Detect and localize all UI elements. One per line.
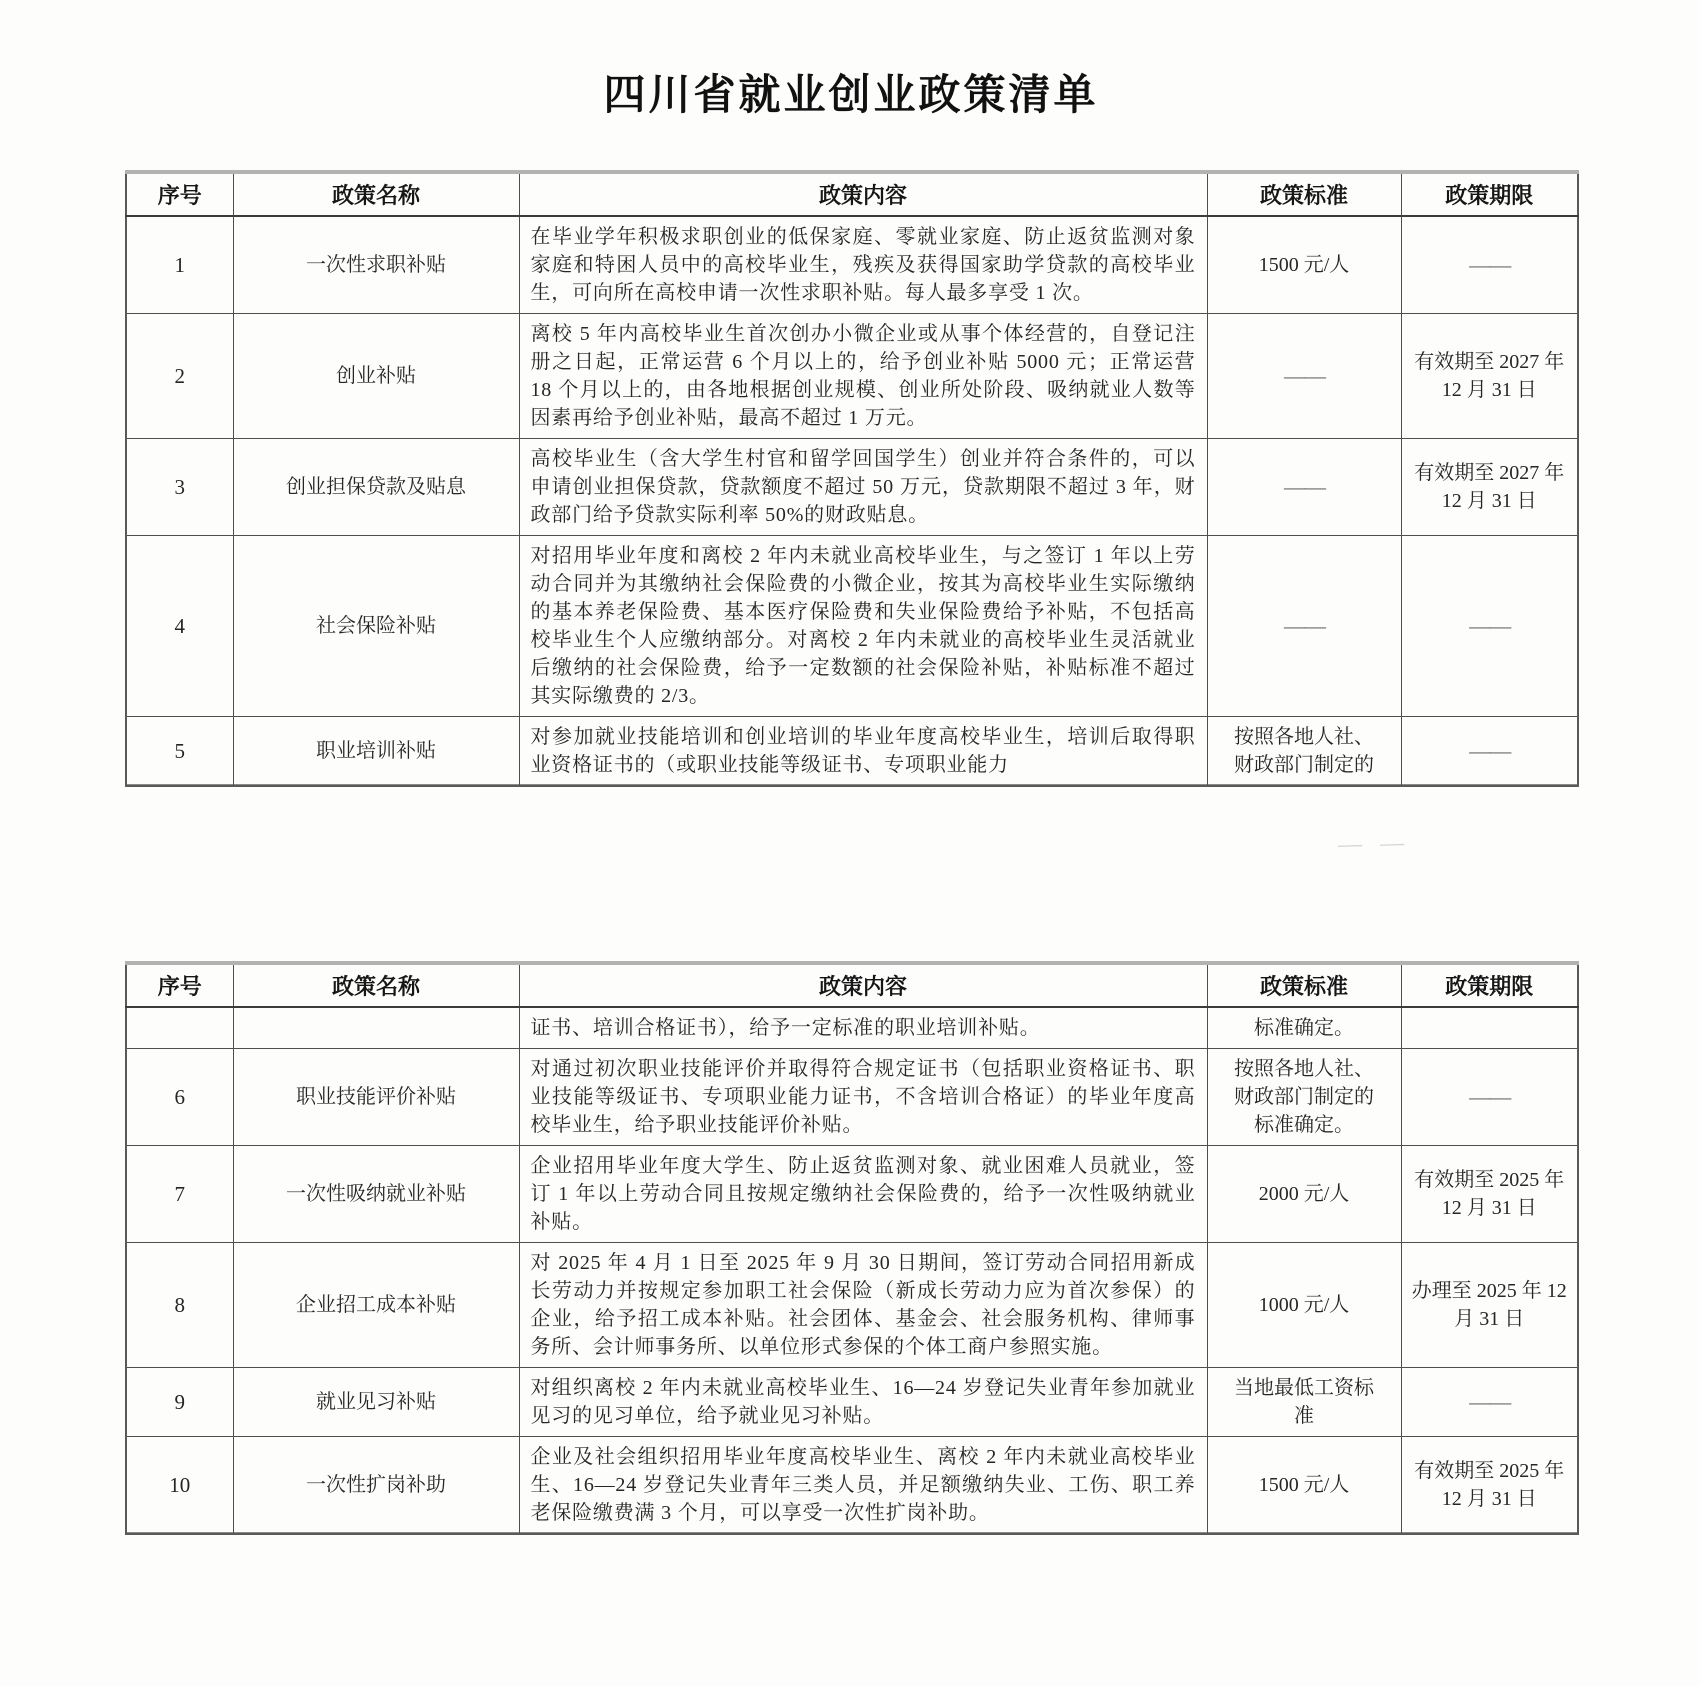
policy-period-cell: 有效期至 2025 年 12 月 31 日 [1401,1146,1578,1243]
policy-content-cell: 对 2025 年 4 月 1 日至 2025 年 9 月 30 日期间，签订劳动… [519,1243,1207,1368]
policy-no-cell: 6 [126,1049,233,1146]
policy-period-cell: —— [1401,717,1578,787]
table-row: 6职业技能评价补贴对通过初次职业技能评价并取得符合规定证书（包括职业资格证书、职… [126,1049,1578,1146]
policy-period-cell: 有效期至 2025 年 12 月 31 日 [1401,1437,1578,1535]
policy-name-cell [233,1007,519,1049]
col-header-period: 政策期限 [1401,172,1578,216]
policy-content-cell: 企业招用毕业年度大学生、防止返贫监测对象、就业困难人员就业，签订 1 年以上劳动… [519,1146,1207,1243]
policy-period-cell: —— [1401,536,1578,717]
policy-no-cell: 5 [126,717,233,787]
policy-period-cell: —— [1401,216,1578,314]
policy-standard-cell: 按照各地人社、财政部门制定的 [1207,717,1401,787]
table-row: 5职业培训补贴对参加就业技能培训和创业培训的毕业年度高校毕业生，培训后取得职业资… [126,717,1578,787]
policy-content-cell: 对参加就业技能培训和创业培训的毕业年度高校毕业生，培训后取得职业资格证书的（或职… [519,717,1207,787]
policy-standard-cell: —— [1207,314,1401,439]
policy-name-cell: 社会保险补贴 [233,536,519,717]
col-header-no: 序号 [126,172,233,216]
table-row: 10一次性扩岗补助企业及社会组织招用毕业年度高校毕业生、离校 2 年内未就业高校… [126,1437,1578,1535]
policy-standard-cell: 1500 元/人 [1207,1437,1401,1535]
policy-standard-cell: —— [1207,439,1401,536]
policy-no-cell: 2 [126,314,233,439]
policy-period-cell: 有效期至 2027 年 12 月 31 日 [1401,314,1578,439]
policy-no-cell: 10 [126,1437,233,1535]
policy-no-cell: 3 [126,439,233,536]
col-header-content: 政策内容 [519,172,1207,216]
table-row: 7一次性吸纳就业补贴企业招用毕业年度大学生、防止返贫监测对象、就业困难人员就业，… [126,1146,1578,1243]
policy-standard-cell: 1000 元/人 [1207,1243,1401,1368]
policy-table-2: 序号政策名称政策内容政策标准政策期限证书、培训合格证书），给予一定标准的职业培训… [125,961,1579,1535]
policy-content-cell: 对通过初次职业技能评价并取得符合规定证书（包括职业资格证书、职业技能等级证书、专… [519,1049,1207,1146]
policy-period-cell [1401,1007,1578,1049]
col-header-standard: 政策标准 [1207,963,1401,1007]
policy-no-cell: 4 [126,536,233,717]
policy-period-cell: 有效期至 2027 年 12 月 31 日 [1401,439,1578,536]
policy-name-cell: 一次性吸纳就业补贴 [233,1146,519,1243]
policy-name-cell: 就业见习补贴 [233,1368,519,1437]
policy-name-cell: 职业培训补贴 [233,717,519,787]
col-header-name: 政策名称 [233,963,519,1007]
table-row: 证书、培训合格证书），给予一定标准的职业培训补贴。标准确定。 [126,1007,1578,1049]
scan-smudge-mark: — — [1338,828,1479,856]
policy-content-cell: 对组织离校 2 年内未就业高校毕业生、16—24 岁登记失业青年参加就业见习的见… [519,1368,1207,1437]
table-row: 3创业担保贷款及贴息高校毕业生（含大学生村官和留学回国学生）创业并符合条件的，可… [126,439,1578,536]
page-title: 四川省就业创业政策清单 [125,62,1577,122]
policy-content-cell: 高校毕业生（含大学生村官和留学回国学生）创业并符合条件的，可以申请创业担保贷款，… [519,439,1207,536]
policy-standard-cell: 标准确定。 [1207,1007,1401,1049]
policy-name-cell: 一次性扩岗补助 [233,1437,519,1535]
policy-no-cell [126,1007,233,1049]
policy-table-1: 序号政策名称政策内容政策标准政策期限1一次性求职补贴在毕业学年积极求职创业的低保… [125,170,1579,787]
policy-standard-cell: 当地最低工资标准 [1207,1368,1401,1437]
table-row: 1一次性求职补贴在毕业学年积极求职创业的低保家庭、零就业家庭、防止返贫监测对象家… [126,216,1578,314]
policy-period-cell: —— [1401,1049,1578,1146]
policy-name-cell: 职业技能评价补贴 [233,1049,519,1146]
table-row: 2创业补贴离校 5 年内高校毕业生首次创办小微企业或从事个体经营的，自登记注册之… [126,314,1578,439]
policy-no-cell: 7 [126,1146,233,1243]
policy-content-cell: 离校 5 年内高校毕业生首次创办小微企业或从事个体经营的，自登记注册之日起，正常… [519,314,1207,439]
table-row: 4社会保险补贴对招用毕业年度和离校 2 年内未就业高校毕业生，与之签订 1 年以… [126,536,1578,717]
policy-name-cell: 一次性求职补贴 [233,216,519,314]
col-header-period: 政策期限 [1401,963,1578,1007]
header-row: 序号政策名称政策内容政策标准政策期限 [126,172,1578,216]
col-header-name: 政策名称 [233,172,519,216]
policy-content-cell: 在毕业学年积极求职创业的低保家庭、零就业家庭、防止返贫监测对象家庭和特困人员中的… [519,216,1207,314]
policy-period-cell: 办理至 2025 年 12 月 31 日 [1401,1243,1578,1368]
table-row: 8企业招工成本补贴对 2025 年 4 月 1 日至 2025 年 9 月 30… [126,1243,1578,1368]
policy-standard-cell: 1500 元/人 [1207,216,1401,314]
col-header-content: 政策内容 [519,963,1207,1007]
policy-no-cell: 8 [126,1243,233,1368]
policy-standard-cell: —— [1207,536,1401,717]
col-header-no: 序号 [126,963,233,1007]
policy-name-cell: 创业担保贷款及贴息 [233,439,519,536]
policy-no-cell: 9 [126,1368,233,1437]
policy-no-cell: 1 [126,216,233,314]
policy-standard-cell: 按照各地人社、财政部门制定的标准确定。 [1207,1049,1401,1146]
policy-content-cell: 对招用毕业年度和离校 2 年内未就业高校毕业生，与之签订 1 年以上劳动合同并为… [519,536,1207,717]
policy-name-cell: 创业补贴 [233,314,519,439]
policy-period-cell: —— [1401,1368,1578,1437]
document-page: 四川省就业创业政策清单 序号政策名称政策内容政策标准政策期限1一次性求职补贴在毕… [0,0,1700,1686]
policy-standard-cell: 2000 元/人 [1207,1146,1401,1243]
col-header-standard: 政策标准 [1207,172,1401,216]
policy-name-cell: 企业招工成本补贴 [233,1243,519,1368]
table-row: 9就业见习补贴对组织离校 2 年内未就业高校毕业生、16—24 岁登记失业青年参… [126,1368,1578,1437]
policy-content-cell: 企业及社会组织招用毕业年度高校毕业生、离校 2 年内未就业高校毕业生、16—24… [519,1437,1207,1535]
policy-content-cell: 证书、培训合格证书），给予一定标准的职业培训补贴。 [519,1007,1207,1049]
header-row: 序号政策名称政策内容政策标准政策期限 [126,963,1578,1007]
